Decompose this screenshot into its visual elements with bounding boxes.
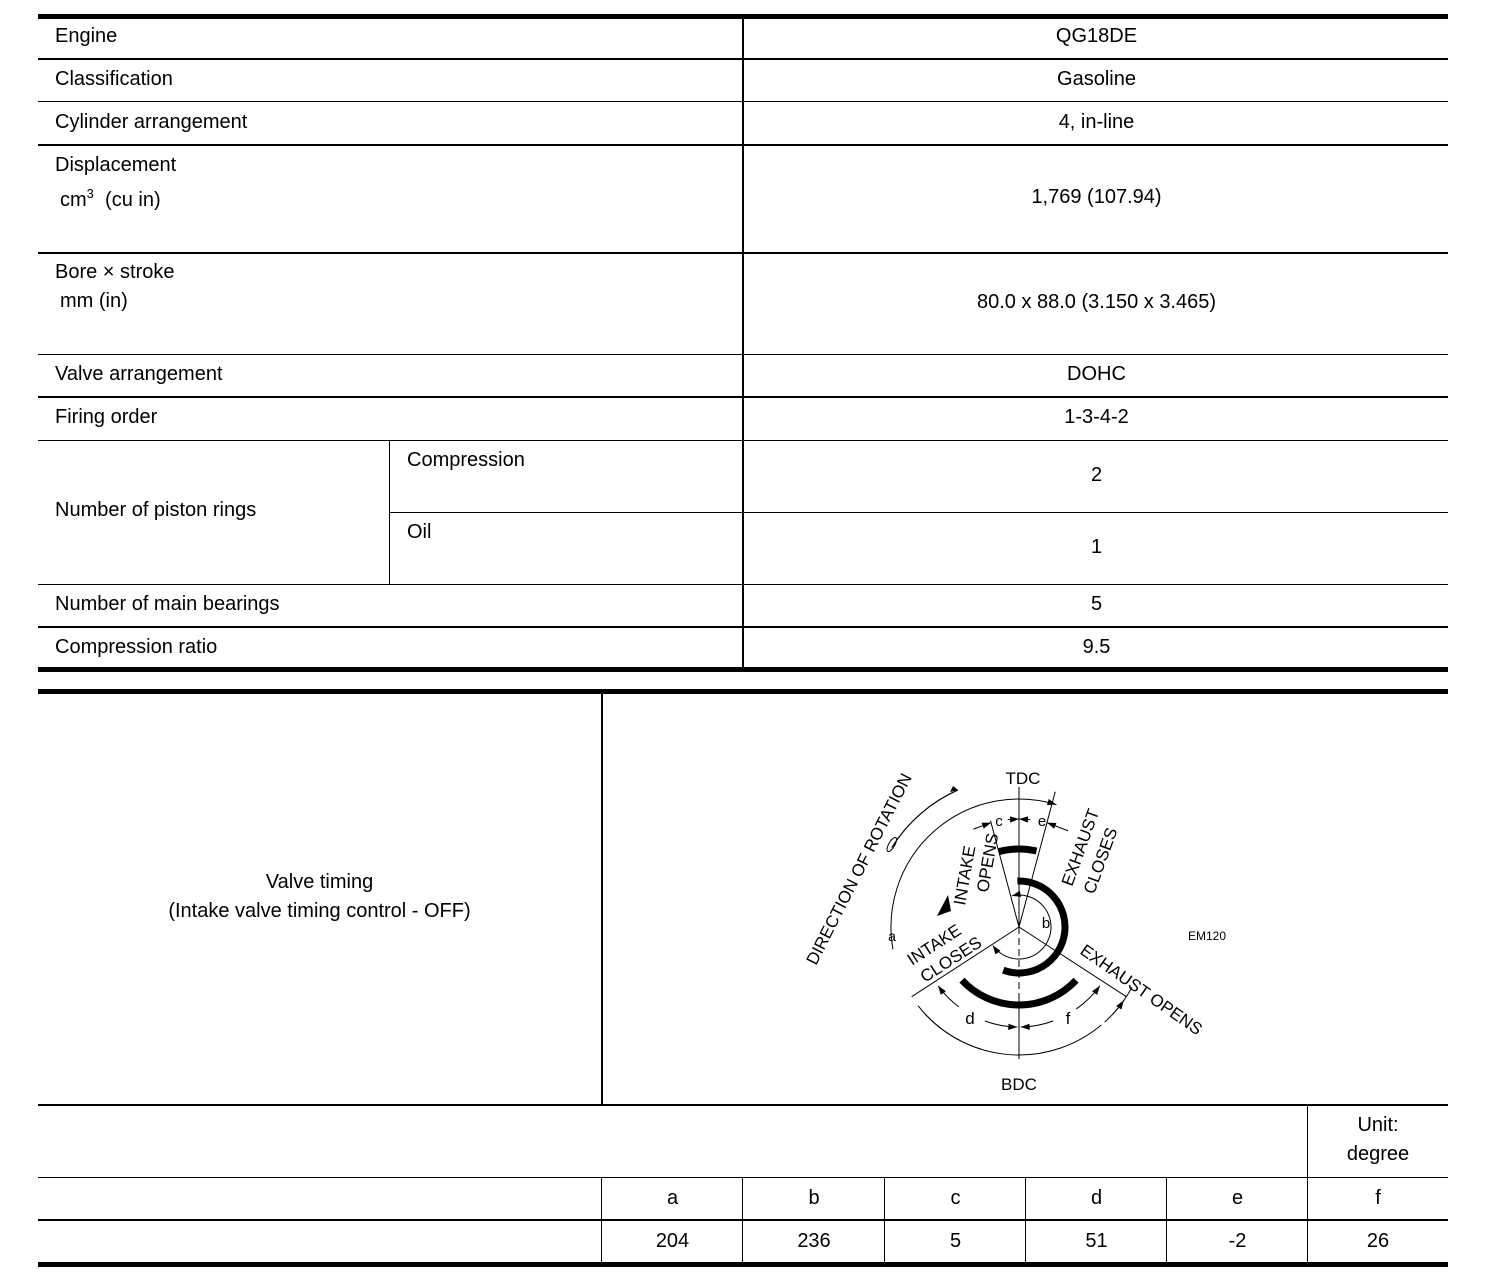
tdc-label: TDC xyxy=(1006,769,1041,788)
angle-label-f: f xyxy=(1066,1009,1071,1028)
table-bottom-border xyxy=(38,1262,1448,1267)
valve-timing-label: Valve timing xyxy=(38,870,601,894)
spec-unit-bore-stroke: mm (in) xyxy=(60,289,128,313)
spec-value-firing-order: 1-3-4-2 xyxy=(745,405,1448,429)
timing-column-header-a: a xyxy=(602,1186,743,1210)
timing-column-header-f: f xyxy=(1308,1186,1448,1210)
spec-label-main-bearings: Number of main bearings xyxy=(55,592,280,616)
spec-value-compression-ratio: 9.5 xyxy=(745,635,1448,659)
spec-label-bore-stroke: Bore × stroke xyxy=(55,260,175,284)
spec-label-classification: Classification xyxy=(55,67,173,91)
spec-unit-displacement: cm3 (cu in) xyxy=(60,188,161,212)
unit-value: degree xyxy=(1308,1142,1448,1166)
spec-label-oil-rings: Oil xyxy=(407,520,431,544)
spec-label-cylinder-arrangement: Cylinder arrangement xyxy=(55,110,247,134)
angle-label-e: e xyxy=(1038,813,1046,830)
timing-value-d: 51 xyxy=(1026,1229,1167,1253)
spec-label-firing-order: Firing order xyxy=(55,405,157,429)
angle-label-d: d xyxy=(965,1009,974,1028)
column-divider xyxy=(601,694,603,1105)
direction-of-rotation-label: DIRECTION OF ROTATION xyxy=(803,770,916,967)
angle-label-a: a xyxy=(888,928,896,944)
spec-label-compression-rings: Compression xyxy=(407,448,525,472)
spec-value-compression-rings: 2 xyxy=(745,463,1448,487)
timing-column-header-c: c xyxy=(885,1186,1026,1210)
bdc-label: BDC xyxy=(1001,1075,1037,1094)
spec-value-displacement: 1,769 (107.94) xyxy=(745,185,1448,209)
timing-value-c: 5 xyxy=(885,1229,1026,1253)
timing-value-a: 204 xyxy=(602,1229,743,1253)
spec-value-cylinder-arrangement: 4, in-line xyxy=(745,110,1448,134)
spec-label-compression-ratio: Compression ratio xyxy=(55,635,217,659)
valve-timing-diagram: TDC BDC DIRECTION OF ROTATION INTAKE OPE… xyxy=(604,694,1448,1104)
spec-label-piston-rings: Number of piston rings xyxy=(55,498,256,522)
row-divider xyxy=(390,512,1448,513)
timing-value-e: -2 xyxy=(1167,1229,1308,1253)
figure-code: EM120 xyxy=(1188,929,1226,943)
row-divider xyxy=(38,1219,1448,1221)
valve-timing-sublabel: (Intake valve timing control - OFF) xyxy=(38,899,601,923)
timing-column-header-b: b xyxy=(743,1186,885,1210)
spec-label-valve-arrangement: Valve arrangement xyxy=(55,362,223,386)
row-divider xyxy=(38,1177,1448,1178)
timing-value-b: 236 xyxy=(743,1229,885,1253)
timing-column-header-e: e xyxy=(1167,1186,1308,1210)
spec-value-valve-arrangement: DOHC xyxy=(745,362,1448,386)
spec-label-engine: Engine xyxy=(55,24,117,48)
timing-column-header-d: d xyxy=(1026,1186,1167,1210)
unit-label: Unit: xyxy=(1308,1113,1448,1137)
spec-value-bore-stroke: 80.0 x 88.0 (3.150 x 3.465) xyxy=(745,290,1448,314)
column-divider xyxy=(742,17,744,669)
spec-value-classification: Gasoline xyxy=(745,67,1448,91)
spec-value-oil-rings: 1 xyxy=(745,535,1448,559)
intake-opens-label-2: OPENS xyxy=(973,832,1002,894)
angle-label-b: b xyxy=(1042,915,1050,932)
angle-label-c: c xyxy=(995,813,1003,830)
spec-value-main-bearings: 5 xyxy=(745,592,1448,616)
spec-label-displacement: Displacement xyxy=(55,153,176,177)
row-divider xyxy=(38,1104,1448,1106)
spec-value-engine: QG18DE xyxy=(745,24,1448,48)
exhaust-opens-label: EXHAUST OPENS xyxy=(1077,941,1206,1039)
timing-value-f: 26 xyxy=(1308,1229,1448,1253)
column-divider xyxy=(389,441,390,584)
